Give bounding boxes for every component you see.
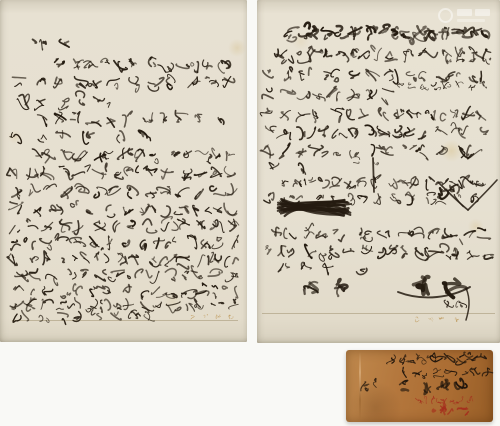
watermark-subtext	[457, 19, 485, 22]
watermark	[438, 6, 496, 32]
watermark-text	[457, 9, 472, 16]
manuscript-page-2	[257, 0, 500, 343]
envelope	[346, 350, 493, 422]
page1-footer-rule	[12, 320, 238, 321]
magnifier-icon	[438, 8, 453, 23]
manuscript-page-1	[0, 0, 247, 342]
envelope-crease	[359, 352, 361, 420]
watermark-text	[475, 9, 490, 16]
page2-footer-rule	[262, 313, 495, 314]
letter-photo: 阿章： 你四月廿八日来信收到，谢谢 你们对我的小说的安排，校样 盼早日寄来。 我…	[0, 0, 500, 426]
